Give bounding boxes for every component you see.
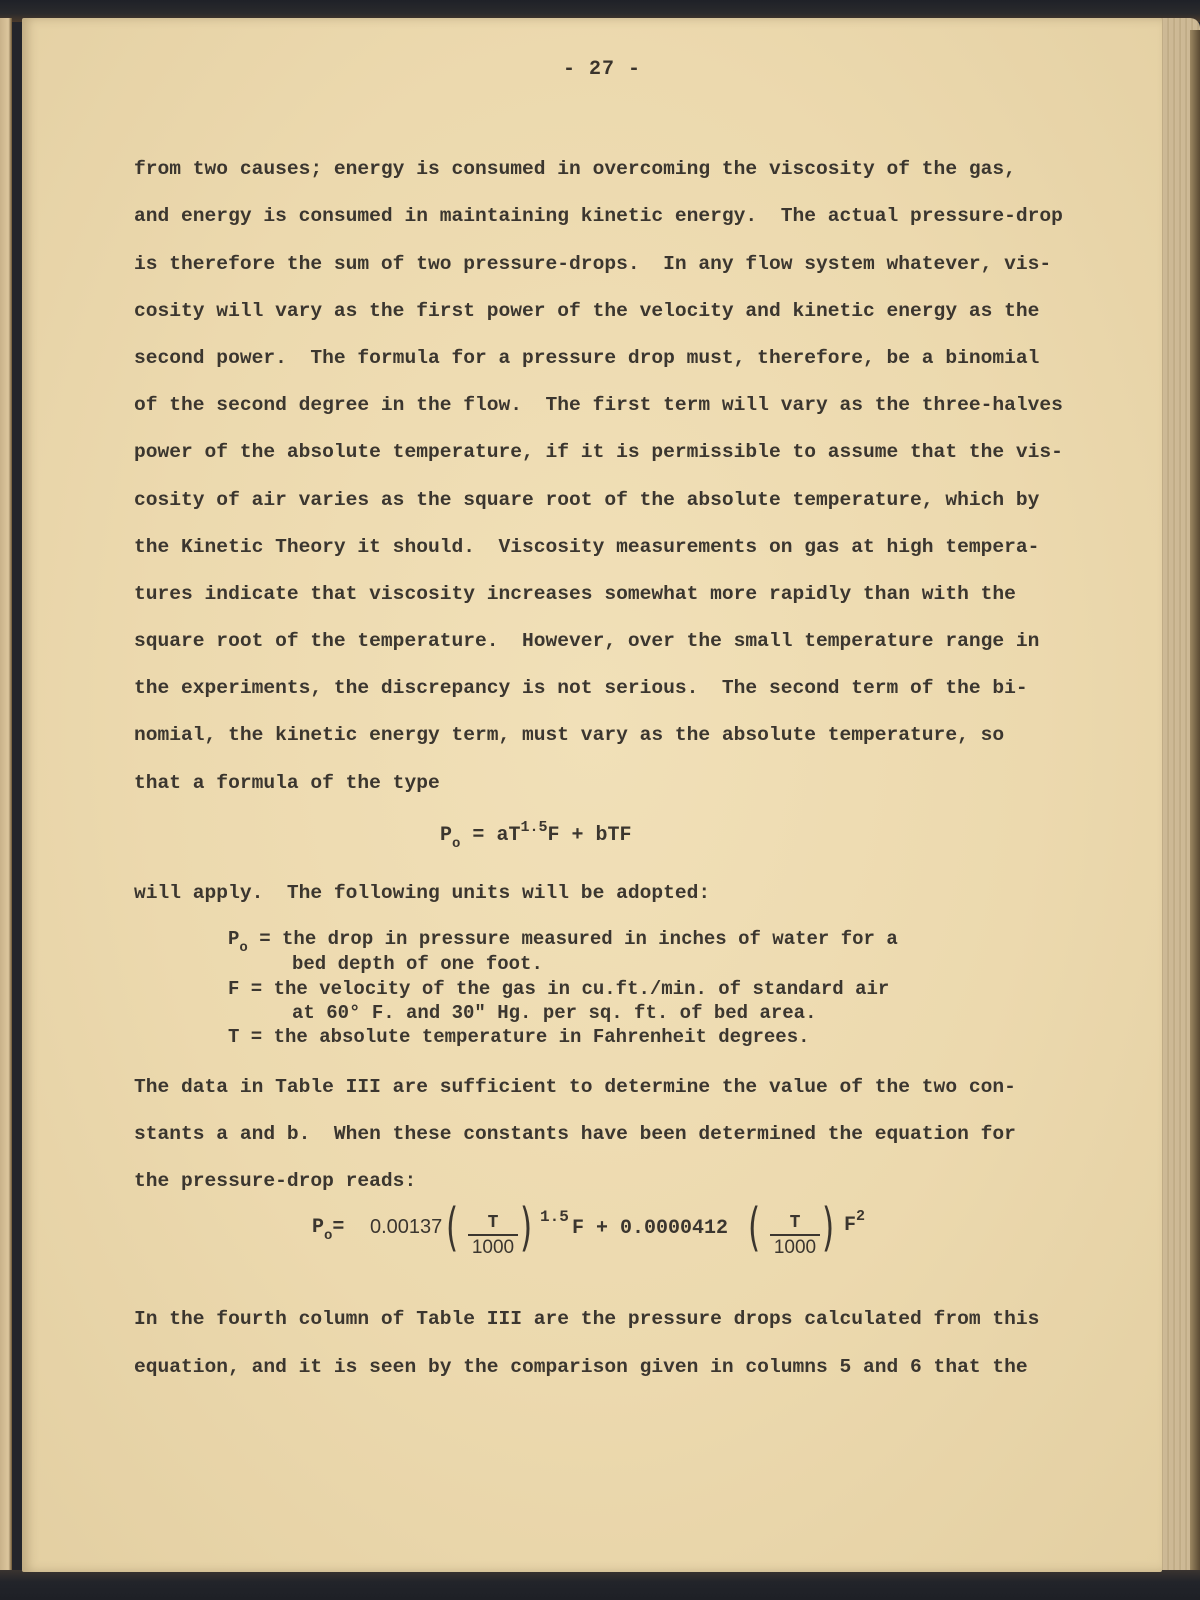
left-paren: ( (748, 1202, 760, 1254)
text-line: cosity of air varies as the square root … (134, 489, 1134, 511)
eq2-middle: F + 0.0000412 (572, 1216, 728, 1240)
previous-page-edge (0, 18, 12, 1574)
right-paren: ) (822, 1202, 834, 1254)
text-line: that a formula of the type (134, 772, 1134, 794)
fraction-numerator: T (770, 1212, 820, 1236)
text-line: In the fourth column of Table III are th… (134, 1308, 1134, 1330)
equation-general-form: Po = aT1.5F + bTF (440, 824, 631, 847)
eq2-lhs-subscript: o (324, 1228, 332, 1244)
left-paren: ( (446, 1202, 458, 1254)
text-line: stants a and b. When these constants hav… (134, 1123, 1134, 1145)
definition-text: = the absolute temperature in Fahrenheit… (239, 1026, 809, 1048)
eq1-term1: aT (496, 824, 520, 847)
eq2-middle-text: F + 0.0000412 (572, 1217, 728, 1240)
eq2-exponent-2: 2 (856, 1208, 865, 1225)
definition-t: T = the absolute temperature in Fahrenhe… (228, 1026, 810, 1048)
fraction-denominator: 1000 (770, 1236, 820, 1260)
book-cover-bottom (0, 1570, 1200, 1600)
eq1-lhs: P (440, 824, 452, 847)
text-line: second power. The formula for a pressure… (134, 347, 1134, 369)
eq2-exponent-1: 1.5 (540, 1208, 569, 1226)
book-spine-edge (1190, 30, 1200, 1570)
text-line: the pressure-drop reads: (134, 1170, 1134, 1192)
eq2-tail-symbol: F (844, 1214, 856, 1237)
text-line: cosity will vary as the first power of t… (134, 300, 1134, 322)
eq2-equals: = (332, 1216, 356, 1239)
definition-text: = the velocity of the gas in cu.ft./min.… (239, 978, 889, 1000)
paragraph-2: will apply. The following units will be … (134, 882, 1134, 904)
definition-symbol-subscript: o (239, 940, 247, 956)
eq2-coefficient-a: 0.00137 (370, 1216, 442, 1239)
definition-symbol: T (228, 1026, 239, 1048)
eq2-tail: F2 (844, 1214, 865, 1237)
eq1-lhs-subscript: o (452, 836, 460, 852)
right-paren: ) (520, 1202, 532, 1254)
page-number: - 27 - (22, 58, 1182, 81)
document-page: - 27 - from two causes; energy is consum… (22, 18, 1162, 1572)
text-line: and energy is consumed in maintaining ki… (134, 205, 1134, 227)
definition-f-continued: at 60° F. and 30" Hg. per sq. ft. of bed… (292, 1002, 817, 1024)
definition-po: Po = the drop in pressure measured in in… (228, 928, 898, 950)
definition-f: F = the velocity of the gas in cu.ft./mi… (228, 978, 889, 1000)
text-line: from two causes; energy is consumed in o… (134, 158, 1134, 180)
eq2-lhs: Po= (312, 1216, 356, 1239)
eq1-exponent: 1.5 (520, 819, 547, 836)
text-line: square root of the temperature. However,… (134, 630, 1134, 652)
text-line: nomial, the kinetic energy term, must va… (134, 724, 1134, 746)
eq2-lhs-symbol: P (312, 1216, 324, 1239)
text-line: the experiments, the discrepancy is not … (134, 677, 1134, 699)
definition-text: = the drop in pressure measured in inche… (248, 928, 898, 950)
definition-po-continued: bed depth of one foot. (292, 953, 543, 975)
eq2-fraction-2: T 1000 (770, 1212, 820, 1260)
text-line: power of the absolute temperature, if it… (134, 441, 1134, 463)
eq2-fraction-1: T 1000 (468, 1212, 518, 1260)
text-line: The data in Table III are sufficient to … (134, 1076, 1134, 1098)
fraction-denominator: 1000 (468, 1236, 518, 1260)
definition-symbol: P (228, 928, 239, 950)
text-line: the Kinetic Theory it should. Viscosity … (134, 536, 1134, 558)
definition-symbol: F (228, 978, 239, 1000)
eq1-term-rest: F + bTF (547, 824, 631, 847)
text-line: equation, and it is seen by the comparis… (134, 1356, 1134, 1378)
text-line: of the second degree in the flow. The fi… (134, 394, 1134, 416)
fraction-numerator: T (468, 1212, 518, 1236)
eq1-equals: = (460, 824, 496, 847)
text-line: tures indicate that viscosity increases … (134, 583, 1134, 605)
text-line: is therefore the sum of two pressure-dro… (134, 253, 1134, 275)
